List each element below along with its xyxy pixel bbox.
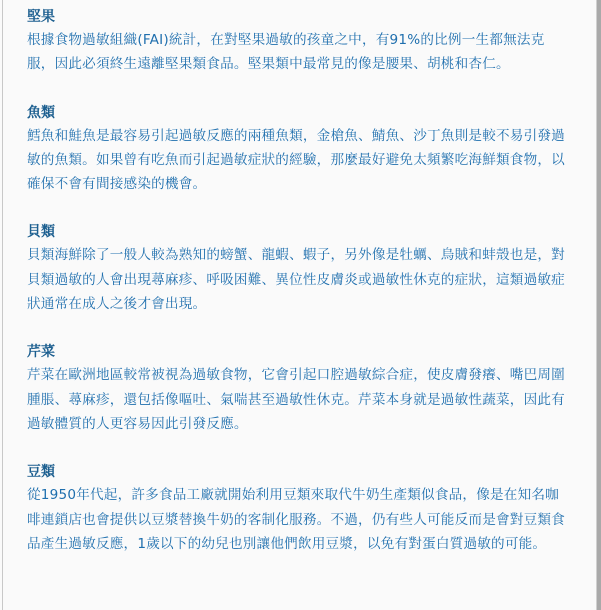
section-body: 鱈魚和鮭魚是最容易引起過敏反應的兩種魚類，金槍魚、鯖魚、沙丁魚則是較不易引發過敏… (27, 124, 572, 197)
section-body: 根據食物過敏組織(FAI)統計，在對堅果過敏的孩童之中，有91%的比例一生都無法… (27, 28, 572, 77)
section-body: 貝類海鮮除了一般人較為熟知的螃蟹、龍蝦、蝦子，另外像是牡蠣、烏賊和蚌殼也是，對貝… (27, 243, 572, 316)
section-soy: 豆類 從1950年代起，許多食品工廠就開始利用豆類來取代牛奶生產類似食品，像是在… (27, 461, 572, 556)
section-body: 從1950年代起，許多食品工廠就開始利用豆類來取代牛奶生產類似食品，像是在知名咖… (27, 483, 572, 556)
section-shellfish: 貝類 貝類海鮮除了一般人較為熟知的螃蟹、龍蝦、蝦子，另外像是牡蠣、烏賊和蚌殼也是… (27, 221, 572, 316)
article-content: 堅果 根據食物過敏組織(FAI)統計，在對堅果過敏的孩童之中，有91%的比例一生… (27, 6, 572, 581)
vertical-scrollbar[interactable] (596, 0, 601, 610)
section-title: 堅果 (27, 6, 572, 28)
section-fish: 魚類 鱈魚和鮭魚是最容易引起過敏反應的兩種魚類，金槍魚、鯖魚、沙丁魚則是較不易引… (27, 102, 572, 197)
section-celery: 芹菜 芹菜在歐洲地區較常被視為過敏食物，它會引起口腔過敏綜合症，使皮膚發癢、嘴巴… (27, 341, 572, 436)
section-title: 貝類 (27, 221, 572, 243)
section-body: 芹菜在歐洲地區較常被視為過敏食物，它會引起口腔過敏綜合症，使皮膚發癢、嘴巴周圍腫… (27, 363, 572, 436)
section-title: 魚類 (27, 102, 572, 124)
section-nuts: 堅果 根據食物過敏組織(FAI)統計，在對堅果過敏的孩童之中，有91%的比例一生… (27, 6, 572, 77)
article-page: 堅果 根據食物過敏組織(FAI)統計，在對堅果過敏的孩童之中，有91%的比例一生… (2, 0, 601, 610)
section-title: 芹菜 (27, 341, 572, 363)
section-title: 豆類 (27, 461, 572, 483)
